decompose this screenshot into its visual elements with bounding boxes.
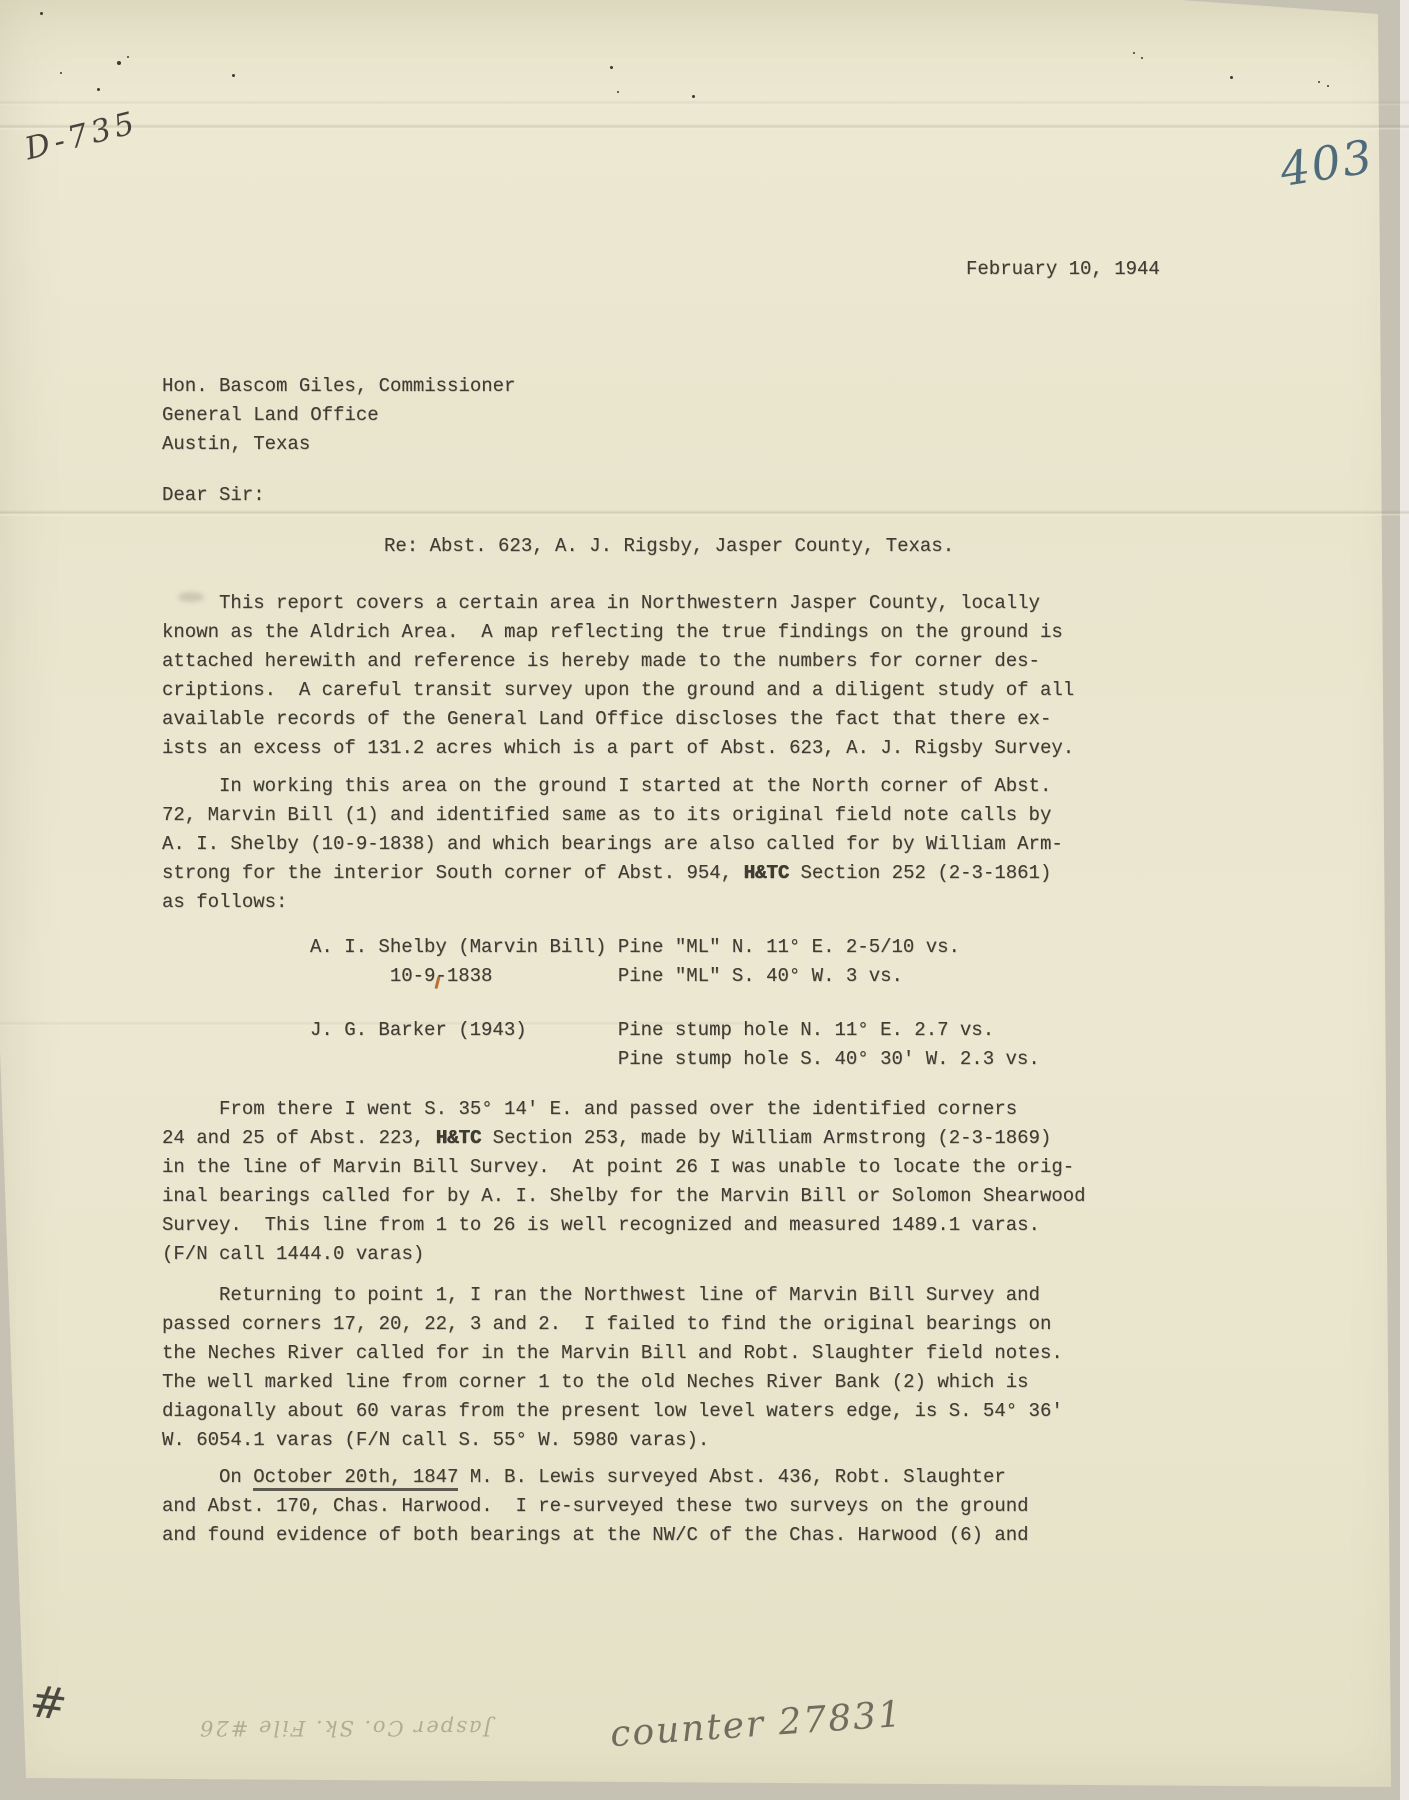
paper-speck (97, 88, 100, 91)
paper-speck (117, 61, 121, 65)
paragraph-4: Returning to point 1, I ran the Northwes… (162, 1281, 1063, 1455)
recipient-address-block: Hon. Bascom Giles, Commissioner General … (162, 372, 515, 459)
htc-bold-text: H&TC (436, 1127, 482, 1149)
subject-line: Re: Abst. 623, A. J. Rigsby, Jasper Coun… (384, 532, 954, 561)
recipient-line: General Land Office (162, 401, 515, 430)
paper-speck (232, 74, 235, 77)
scanned-letter-page: D-735 403 # counter 27831 Jasper Co. Sk.… (0, 0, 1409, 1800)
htc-bold-text: H&TC (744, 862, 790, 884)
paragraph-5: On October 20th, 1847 M. B. Lewis survey… (162, 1463, 1029, 1550)
paper-speck (610, 66, 613, 69)
paragraph-2: In working this area on the ground I sta… (162, 772, 1063, 917)
paper-speck (617, 91, 619, 93)
paper-speck (1230, 76, 1233, 79)
handwritten-mirrored-note: Jasper Co. Sk. File #26 (198, 1716, 492, 1740)
underlined-date-text: October 20th, 1847 (253, 1466, 458, 1491)
bearing-calls-shelby: A. I. Shelby (Marvin Bill) Pine "ML" N. … (310, 933, 960, 991)
paper-speck (1141, 57, 1143, 59)
paragraph-3: From there I went S. 35° 14' E. and pass… (162, 1095, 1086, 1269)
paper-speck (60, 72, 62, 74)
scan-edge-strip (1400, 0, 1409, 1800)
paper-speck (127, 56, 129, 58)
letter-date: February 10, 1944 (966, 255, 1160, 284)
recipient-line: Austin, Texas (162, 430, 515, 459)
salutation: Dear Sir: (162, 481, 265, 510)
paper-speck (1318, 81, 1320, 83)
paragraph-1: This report covers a certain area in Nor… (162, 589, 1074, 763)
paper-speck (1327, 85, 1329, 87)
paper-speck (692, 95, 695, 98)
paper-speck (1133, 52, 1135, 54)
bearing-calls-barker: J. G. Barker (1943) Pine stump hole N. 1… (310, 1016, 1040, 1074)
paper-speck (40, 12, 43, 15)
handwritten-corner-mark: # (27, 1676, 70, 1731)
recipient-line: Hon. Bascom Giles, Commissioner (162, 372, 515, 401)
